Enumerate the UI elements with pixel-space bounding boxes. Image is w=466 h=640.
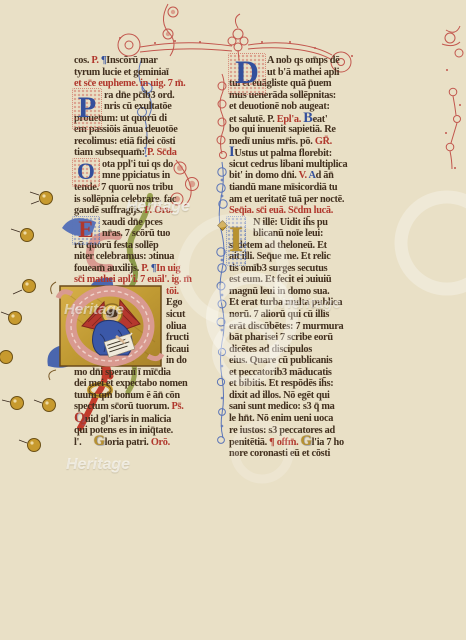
text-line: tuum qm̄ bonum ē ān̄ cōn bbox=[74, 390, 224, 402]
text-segment: dixit ad illos. Nō egēt qui bbox=[229, 390, 330, 401]
text-segment: et peccatorib3 māducatis bbox=[229, 367, 332, 378]
dropcap-initial-e: E bbox=[72, 216, 100, 245]
text-line: am et ueritatē tuā per noctē. bbox=[229, 194, 379, 206]
text-line: norū. 7 aliorū qui cū illis bbox=[229, 309, 379, 321]
text-line: magnū leui in domo sua. bbox=[229, 286, 379, 298]
text-line: sani sunt medico: s3 q̄ ma bbox=[229, 401, 379, 413]
text-line: eius. Quare cū publicanis bbox=[229, 355, 379, 367]
text-line: medī unius mr̄is. pō. GR̄. bbox=[229, 136, 379, 148]
text-segment: xaudi dn̄e pces bbox=[102, 217, 162, 228]
text-line: tiandū mane mīsicordiā tu bbox=[229, 182, 379, 194]
text-segment: et deuotionē nob augeat: bbox=[229, 101, 330, 112]
text-line: sicut bbox=[74, 309, 224, 321]
text-segment: tiandū mane mīsicordiā tu bbox=[229, 182, 337, 193]
text-segment: fructi bbox=[166, 332, 189, 343]
text-segment: erāt discūbētes: 7 murmura bbox=[229, 321, 343, 332]
text-line: foueam̄ auxilijs. P. ¶In uig bbox=[74, 263, 224, 275]
text-line: bit' in domo dn̄i. V. Ad ān̄ bbox=[229, 170, 379, 182]
text-segment: eius. Quare cū publicanis bbox=[229, 355, 332, 366]
text-line: dei mei et expectabo nomen bbox=[74, 378, 224, 390]
text-line: is sollēpnia celebrare. fac bbox=[74, 194, 224, 206]
text-line: sicut cedrus libani multiplica bbox=[229, 159, 379, 171]
text-segment: am et ueritatē tuā per noctē. bbox=[229, 194, 344, 205]
text-segment: est eum. Et fecit ei ɔuiuiū bbox=[229, 274, 331, 285]
text-line: recolimus: etiā fidei cōsti bbox=[74, 136, 224, 148]
text-segment: blicanū noīe leui: bbox=[253, 228, 323, 239]
text-line: penitētiā. ¶ offm̄. Gl'ia 7 ho bbox=[229, 436, 379, 448]
text-line: oliua bbox=[74, 321, 224, 333]
text-segment: sani sunt medico: s3 q̄ ma bbox=[229, 401, 335, 412]
text-line: est eum. Et fecit ei ɔuiuiū bbox=[229, 274, 379, 286]
text-line: sedetem ad theloneū. Et bbox=[229, 240, 379, 252]
text-segment: foueam̄ auxilijs. bbox=[74, 263, 141, 274]
text-line: le hn̄t. Nō enim ueni uoca bbox=[229, 413, 379, 425]
text-segment: le hn̄t. Nō enim ueni uoca bbox=[229, 413, 333, 424]
text-segment: recolimus: etiā fidei cōsti bbox=[74, 136, 175, 147]
text-segment: magnū leui in domo sua. bbox=[229, 286, 329, 297]
text-line: Quid gl'iaris in malicia bbox=[74, 413, 224, 425]
text-segment: tōi. bbox=[166, 286, 179, 297]
text-line: erāt discūbētes: 7 murmura bbox=[229, 321, 379, 333]
text-segment: ra dn̄e pc̄ib3 ord. bbox=[104, 90, 174, 101]
text-segment: ficaui bbox=[166, 344, 189, 355]
text-segment: G bbox=[94, 433, 105, 449]
text-segment: Ps̄. bbox=[172, 401, 184, 412]
text-line: gaudē suffragijs. P. Oro. bbox=[74, 205, 224, 217]
text-segment: ota ppl'i tui qs do bbox=[102, 159, 173, 170]
manuscript-page: cos. P. ¶Inscōrū martyrum lucie et gemin… bbox=[0, 0, 466, 640]
text-line: spectum sc̄orū tuorum. Ps̄. bbox=[74, 401, 224, 413]
text-segment: Orō. bbox=[151, 437, 170, 448]
text-segment: A bbox=[308, 170, 315, 181]
text-line: l'. Gloria patri. Orō. bbox=[74, 436, 224, 448]
text-line: et peccatorib3 māducatis bbox=[229, 367, 379, 379]
text-segment: et bibitis. Et respōdēs ih̄s: bbox=[229, 378, 333, 389]
text-line: Ego bbox=[74, 297, 224, 309]
text-segment: tuum qm̄ bonum ē ān̄ cōn bbox=[74, 390, 180, 401]
text-segment: bo qui inuenit sapietiā. Re bbox=[229, 124, 336, 135]
text-segment: eat' bbox=[313, 114, 328, 125]
text-segment: bit' in domo dn̄i. bbox=[229, 170, 299, 181]
text-segment: In uig bbox=[156, 263, 180, 274]
text-segment: P. Sc̄da bbox=[147, 147, 177, 158]
text-line: et salutē. P. Epl'a. Beat' bbox=[229, 113, 379, 125]
text-segment: dicētes ad discipulos bbox=[229, 344, 312, 355]
text-line: ficaui bbox=[74, 344, 224, 356]
text-line: tyrum lucie et geminiaī bbox=[74, 67, 224, 79]
text-segment: penitētiā. bbox=[229, 437, 269, 448]
text-segment: et salutē. P. bbox=[229, 114, 277, 125]
text-line: ait illi. Seq̄ue me. Et relic bbox=[229, 251, 379, 263]
text-segment: Et erat turba multa publica bbox=[229, 297, 342, 308]
text-segment: Seq̄ia. sc̄i euā. Sc̄dm lucā. bbox=[229, 205, 333, 216]
dropcap-initial-p: P bbox=[72, 88, 102, 130]
text-segment: loria patri. bbox=[105, 437, 151, 448]
text-line: fructi bbox=[74, 332, 224, 344]
text-segment: tiam subsequam̄: bbox=[74, 147, 147, 158]
text-segment: P. bbox=[91, 55, 101, 66]
text-segment: sicut cedrus libani multiplica bbox=[229, 159, 347, 170]
text-line: nore coronasti eū et cōsti bbox=[229, 448, 379, 460]
dropcap-initial-d: D bbox=[228, 53, 266, 95]
text-segment: niter celebramus: ɔtinua bbox=[74, 251, 174, 262]
dropcap-initial-v: O bbox=[72, 158, 100, 187]
text-line: tis omīb3 surges secutus bbox=[229, 263, 379, 275]
text-segment: tyrum lucie et geminiaī bbox=[74, 67, 169, 78]
text-segment: Epl'a. bbox=[277, 114, 304, 125]
text-segment: sc̄i mathei apl'i. 7 euāl'. ig. m̄ bbox=[74, 274, 192, 285]
text-segment: nore coronasti eū et cōsti bbox=[229, 448, 330, 459]
text-line: niter celebramus: ɔtinua bbox=[74, 251, 224, 263]
text-line: et bibitis. Et respōdēs ih̄s: bbox=[229, 378, 379, 390]
text-segment: ut b'ā mathei apli bbox=[267, 67, 339, 78]
dropcap-initial-i-gold: I bbox=[226, 216, 246, 266]
text-segment: cos. bbox=[74, 55, 91, 66]
text-segment: l'ia 7 ho bbox=[312, 437, 344, 448]
text-line: bo qui inuenit sapietiā. Re bbox=[229, 124, 379, 136]
text-segment: qui potens es in iniq̄tate. bbox=[74, 425, 173, 436]
text-segment: sicut bbox=[166, 309, 185, 320]
text-line: blicanū noīe leui: bbox=[229, 228, 379, 240]
text-segment: Inscōrū mar bbox=[106, 55, 157, 66]
text-segment: oliua bbox=[166, 321, 186, 332]
text-segment: mo dn̄i sperauī ī mīc̄dia bbox=[74, 367, 171, 378]
text-segment: gaudē suffragijs. bbox=[74, 205, 144, 216]
text-segment: A nob qs om̄ps dē bbox=[267, 55, 339, 66]
text-line: cos. P. ¶Inscōrū mar bbox=[74, 55, 224, 67]
text-line: Seq̄ia. sc̄i euā. Sc̄dm lucā. bbox=[229, 205, 379, 217]
text-segment: spectum sc̄orū tuorum. bbox=[74, 401, 172, 412]
text-line: IUstus ut palma florebit: bbox=[229, 147, 379, 159]
text-segment: in do bbox=[166, 355, 187, 366]
text-line: dixit ad illos. Nō egēt qui bbox=[229, 390, 379, 402]
text-segment: V. bbox=[299, 170, 309, 181]
text-line: N illē: Uidit ih̄s pu bbox=[229, 217, 379, 229]
text-segment: l'. bbox=[74, 437, 94, 448]
right-text-column: A nob qs om̄ps dēut b'ā mathei aplitui e… bbox=[229, 55, 379, 459]
text-segment: dei mei et expectabo nomen bbox=[74, 378, 187, 389]
gold-bezants bbox=[0, 192, 56, 452]
text-line: mo dn̄i sperauī ī mīc̄dia bbox=[74, 367, 224, 379]
text-segment: ¶ offm̄. bbox=[269, 437, 300, 448]
text-segment: P. Oro. bbox=[144, 205, 173, 216]
text-line: Et erat turba multa publica bbox=[229, 297, 379, 309]
text-segment: re iustos: s3 peccatores ad bbox=[229, 425, 335, 436]
text-line: sc̄i mathei apl'i. 7 euāl'. ig. m̄ bbox=[74, 274, 224, 286]
text-segment: GR̄. bbox=[315, 136, 332, 147]
text-segment: nr̄as. 7 scōrū tuo bbox=[102, 228, 170, 239]
text-line: dicētes ad discipulos bbox=[229, 344, 379, 356]
text-segment: P. bbox=[141, 263, 151, 274]
text-segment: mne ppiciatus in bbox=[102, 170, 170, 181]
text-segment: N illē: Uidit ih̄s pu bbox=[253, 217, 328, 228]
text-segment: medī unius mr̄is. pō. bbox=[229, 136, 315, 147]
text-line: bāt pharisei 7 scribe eorū bbox=[229, 332, 379, 344]
text-segment: Ego bbox=[166, 297, 182, 308]
text-segment: d ān̄ bbox=[316, 170, 334, 181]
text-segment: uid gl'iaris in malicia bbox=[85, 414, 171, 425]
right-margin-penwork bbox=[442, 26, 463, 169]
text-segment: is sollēpnia celebrare. fac bbox=[74, 194, 176, 205]
text-segment: nris cū exultatōe bbox=[104, 101, 172, 112]
text-segment: norū. 7 aliorū qui cū illis bbox=[229, 309, 329, 320]
text-line: in do bbox=[74, 355, 224, 367]
text-line: tōi. bbox=[74, 286, 224, 298]
text-segment: Ustus ut palma florebit: bbox=[234, 148, 332, 159]
text-segment: bāt pharisei 7 scribe eorū bbox=[229, 332, 333, 343]
